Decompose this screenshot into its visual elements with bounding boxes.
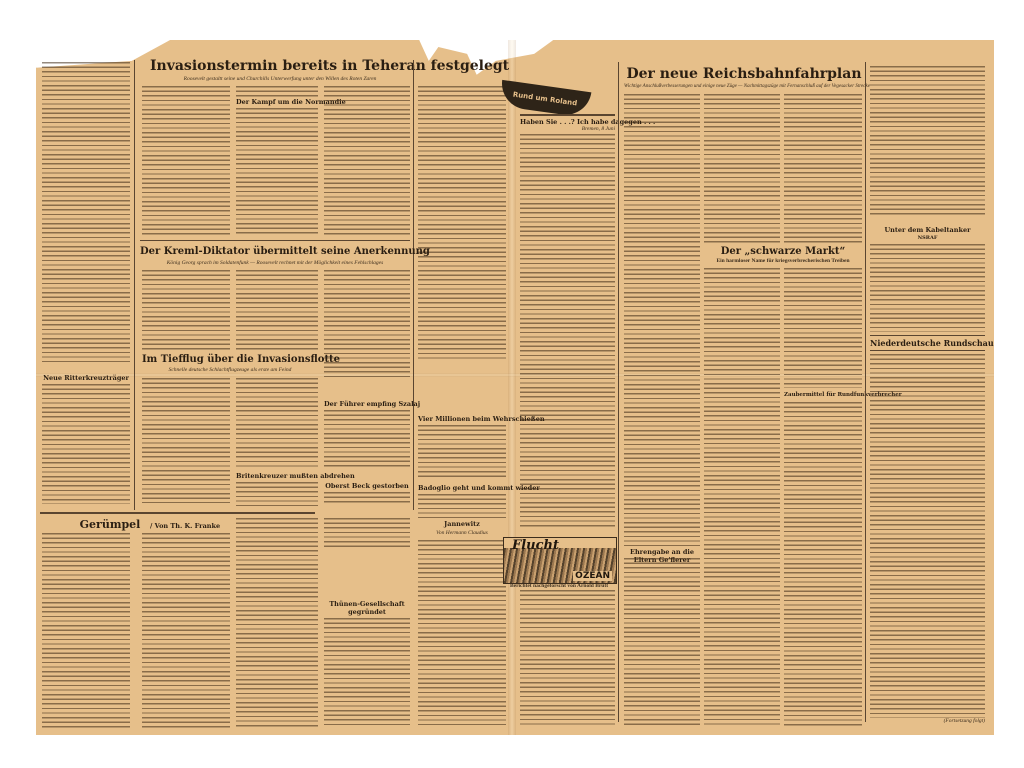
reichsbahn-text-col2 — [704, 94, 780, 244]
schwarzmarkt-text-col2 — [784, 268, 862, 388]
thuenen-text — [324, 618, 410, 728]
frage-dateline: Bremen, 8 Juni — [540, 126, 615, 132]
ritterkreuz-text — [42, 384, 130, 504]
reichsbahn-text-col1b — [624, 246, 700, 546]
oberst-headline: Oberst Beck gestorben — [324, 482, 410, 490]
kreml-subhead: König Georg sprach im Soldatenfunk — Roo… — [140, 260, 410, 266]
frage-text — [520, 134, 615, 529]
kabeltanker-org: NSRAF — [870, 235, 985, 241]
kreuzer-headline: Britenkreuzer mußten abdrehen — [236, 472, 318, 480]
lead-headline: Invasionstermin bereits in Teheran festg… — [150, 58, 410, 74]
wehrschiessen-text — [418, 425, 506, 480]
ritterkreuz-headline: Neue Ritterkreuzträger — [42, 374, 130, 382]
reichsbahn-text-col3 — [784, 94, 862, 244]
gerumpel-headline: Gerümpel — [60, 518, 160, 531]
rundschau-text — [870, 354, 985, 718]
frage-headline: Haben Sie . . .? Ich habe dagegen . . . — [520, 118, 615, 126]
reichsbahn-headline: Der neue Reichsbahnfahrplan — [624, 66, 864, 82]
right-left-column-text — [418, 86, 506, 360]
section-rule — [40, 512, 315, 514]
tiefflug-subhead: Schnelle deutsche Schlachtflugzeuge als … — [142, 367, 318, 373]
schwarzmarkt-subhead: Ein harmloser Name für kriegsverbrecheri… — [704, 258, 862, 264]
lead-text-col2 — [236, 86, 318, 98]
kreuzer-text — [236, 482, 318, 506]
section-rule — [870, 350, 985, 351]
tiefflug-headline: Im Tiefflug über die Invasionsflotte — [142, 354, 318, 365]
tiefflug-text-col2 — [236, 378, 318, 468]
center-fold — [508, 40, 516, 735]
ad-caption: Berichtet nachgeforscht von Arnold Brütt — [503, 583, 615, 589]
jannewitz-text — [418, 540, 506, 725]
book-advertisement: Flucht OZEAN — [503, 537, 617, 584]
section-rule — [870, 335, 985, 336]
kabeltanker-headline: Unter dem Kabeltanker — [870, 226, 985, 234]
badoglio-headline: Badoglio geht und kommt wieder — [418, 484, 506, 492]
kreml-headline: Der Kreml-Diktator übermittelt seine Ane… — [140, 246, 410, 257]
tiefflug-text-col1 — [142, 378, 230, 503]
lead-subhead: Roosevelt gestaltt seine und Churchills … — [150, 76, 410, 82]
left-column-text — [42, 62, 130, 362]
badoglio-text — [418, 494, 506, 518]
gerumpel-text-col3 — [236, 518, 318, 728]
kreml-text-col2 — [236, 270, 318, 350]
column-rule — [413, 60, 414, 510]
column-rule — [618, 62, 619, 722]
jannewitz-byline: Von Hermann Claudius — [418, 530, 506, 536]
ehrung-text — [624, 558, 700, 726]
column-rule — [134, 60, 135, 510]
oberst-text — [324, 492, 410, 506]
fuehrer-headline: Der Führer empfing Szalaj — [324, 400, 410, 408]
schwarzmarkt-text-col1 — [704, 268, 780, 726]
kabeltanker-text — [870, 244, 985, 332]
gerumpel-text-col4 — [324, 518, 410, 548]
rundschau-headline: Niederdeutsche Rundschau — [870, 338, 985, 348]
normandie-headline: Der Kampf um die Normandie — [236, 98, 318, 106]
section-rule — [140, 240, 410, 241]
kreml-text-col1 — [142, 270, 230, 350]
section-rule — [520, 114, 615, 116]
normandie-text — [236, 108, 318, 236]
reichsbahn-text-col1 — [624, 94, 700, 244]
reichsbahn-subhead: Wichtige Anschlußverbesserungen und eini… — [624, 84, 864, 89]
ad-title: Flucht — [512, 538, 559, 553]
schwarzmarkt-headline: Der „schwarze Markt“ — [704, 246, 862, 257]
far-right-text — [870, 66, 985, 216]
gerumpel-text-col2 — [142, 533, 230, 728]
zaubermittel-headline: Zaubermittel für Rundfunkverbrecher — [784, 392, 862, 398]
ad-adjacent-text — [520, 590, 615, 725]
column-rule — [865, 62, 866, 722]
lead-text-col3 — [324, 86, 410, 236]
continued-note: (Fortsetzung folgt) — [900, 718, 985, 724]
thuenen-headline: Thünen-Gesellschaft gegründet — [324, 600, 410, 616]
gerumpel-text-col1 — [42, 533, 130, 728]
fuehrer-text — [324, 410, 410, 470]
jannewitz-headline: Jannewitz — [418, 520, 506, 528]
zaubermittel-text — [784, 402, 862, 726]
gerumpel-byline: / Von Th. K. Franke — [150, 522, 230, 530]
ad-subtitle: OZEAN — [573, 571, 612, 581]
lead-text-col1 — [142, 86, 230, 236]
wehrschiessen-headline: Vier Millionen beim Wehrschießen — [418, 415, 506, 423]
